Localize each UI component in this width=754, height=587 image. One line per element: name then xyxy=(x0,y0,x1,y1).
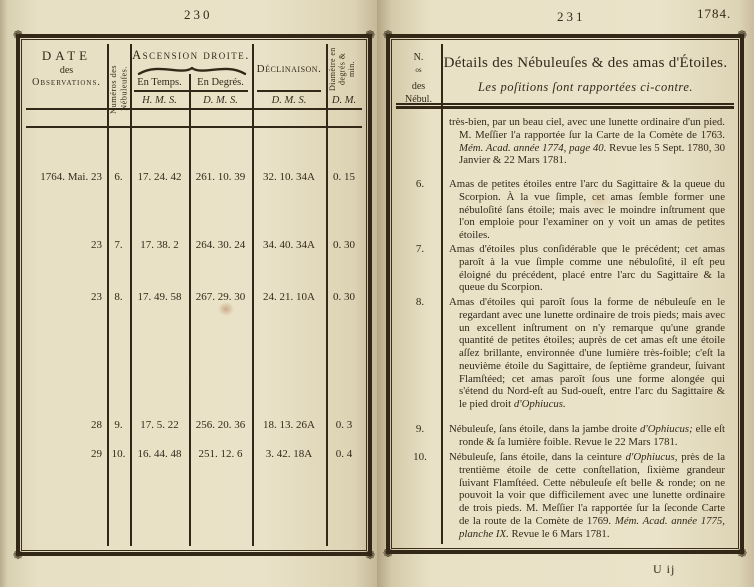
entry-text-italic: d'Ophiucus. xyxy=(514,398,566,410)
cell-degres: 264. 30. 24 xyxy=(189,239,252,251)
header-rule xyxy=(134,90,248,92)
cell-date: 23 xyxy=(26,291,102,303)
nebula-entry: 6.Amas de petites étoiles entre l'arc du… xyxy=(396,178,734,242)
entry-text-run: Revue le 6 Mars 1781. xyxy=(509,528,610,540)
cell-degres: 261. 10. 39 xyxy=(189,171,252,183)
entry-text-italic: d'Ophiucus; xyxy=(640,423,693,435)
subheader-temps: H. M. S. xyxy=(130,95,189,106)
left-table-body: DATE des Observations. Numéros des Nébul… xyxy=(26,44,362,546)
cell-declinaison: 24. 21. 10A xyxy=(252,291,326,303)
details-frame: ❁ ❁ ❁ ❁ N.os des Nébul. Détails des Nébu… xyxy=(386,34,744,554)
cell-temps: 17. 5. 22 xyxy=(130,419,189,431)
header-bottom-rule xyxy=(26,126,362,128)
entry-text-italic: d'Ophiucus xyxy=(626,451,675,463)
brace-icon xyxy=(136,64,248,76)
en-degres-header: En Degrés. xyxy=(189,77,252,88)
header-rule xyxy=(257,90,321,92)
nebul-numbers-column-header: N.os des Nébul. xyxy=(396,51,441,106)
corner-fleuron-icon: ❁ xyxy=(381,547,395,559)
cell-diametre: 0. 15 xyxy=(326,171,362,183)
entry-text-run: Nébuleuſe, ſans étoile, dans la jambe dr… xyxy=(449,423,640,435)
entry-text-run: Nébuleuſe, ſans étoile, dans la ceinture xyxy=(449,451,626,463)
entry-number: 10. xyxy=(404,451,436,463)
page-subtitle: Les poſitions ſont rapportées ci-contre. xyxy=(441,80,730,95)
corner-fleuron-icon: ❁ xyxy=(735,29,749,41)
cell-declinaison: 32. 10. 34A xyxy=(252,171,326,183)
nebula-entry: très-bien, par un beau ciel, avec une lu… xyxy=(396,116,734,167)
details-body: N.os des Nébul. Détails des Nébuleuſes &… xyxy=(396,44,734,544)
entry-number: 8. xyxy=(404,296,436,308)
ascension-droite-header: Ascension droite. xyxy=(130,48,252,63)
entry-text: Amas d'étoiles plus conſidérable que le … xyxy=(449,243,725,294)
diametre-column-header: Diamètre en degrés & min. xyxy=(328,46,350,92)
cell-num: 6. xyxy=(107,171,130,183)
subheader-declinaison: D. M. S. xyxy=(252,95,326,106)
date-column-header: DATE des Observations. xyxy=(26,44,107,88)
cell-temps: 17. 49. 58 xyxy=(130,291,189,303)
declinaison-header: Déclinaison. xyxy=(252,63,326,75)
nebula-entry: 10.Nébuleuſe, ſans étoile, dans la ceint… xyxy=(396,451,734,540)
right-page: 231 1784. ❁ ❁ ❁ ❁ N.os des Nébul. Détail… xyxy=(377,0,754,587)
entry-number: 9. xyxy=(404,423,436,435)
cell-declinaison: 18. 13. 26A xyxy=(252,419,326,431)
cell-diametre: 0. 4 xyxy=(326,448,362,460)
cell-diametre: 0. 30 xyxy=(326,239,362,251)
left-folio: 230 xyxy=(184,7,213,23)
corner-fleuron-icon: ❁ xyxy=(11,29,25,41)
column-rule xyxy=(189,74,191,546)
entry-text-run: Amas d'étoiles qui paroît ſous la forme … xyxy=(449,296,725,410)
corner-fleuron-icon: ❁ xyxy=(381,29,395,41)
cell-date: 23 xyxy=(26,239,102,251)
corner-fleuron-icon: ❁ xyxy=(735,547,749,559)
subheader-degres: D. M. S. xyxy=(189,95,252,106)
entry-number: 7. xyxy=(404,243,436,255)
entry-text-run: très-bien, par un beau ciel, avec une lu… xyxy=(449,116,725,141)
left-page: 230 ❁ ❁ ❁ ❁ DATE des Observations. Numér… xyxy=(0,0,377,587)
corner-fleuron-icon: ❁ xyxy=(11,549,25,561)
cell-num: 7. xyxy=(107,239,130,251)
cell-degres: 256. 20. 36 xyxy=(189,419,252,431)
cell-temps: 16. 44. 48 xyxy=(130,448,189,460)
subheader-diametre: D. M. xyxy=(326,95,362,106)
cell-num: 8. xyxy=(107,291,130,303)
page-title: Détails des Nébuleuſes & des amas d'Étoi… xyxy=(441,55,730,72)
nebula-entry: 8.Amas d'étoiles qui paroît ſous la form… xyxy=(396,296,734,411)
right-folio: 231 xyxy=(557,9,586,25)
entry-text: très-bien, par un beau ciel, avec une lu… xyxy=(449,116,725,167)
cell-declinaison: 34. 40. 34A xyxy=(252,239,326,251)
corner-fleuron-icon: ❁ xyxy=(363,549,377,561)
cell-temps: 17. 38. 2 xyxy=(130,239,189,251)
title-rule xyxy=(396,103,734,105)
entry-text-run: Amas de petites étoiles entre l'arc du S… xyxy=(449,178,725,241)
en-temps-header: En Temps. xyxy=(130,77,189,88)
entry-number: 6. xyxy=(404,178,436,190)
cell-diametre: 0. 30 xyxy=(326,291,362,303)
cell-date: 1764. Mai. 23 xyxy=(26,171,102,183)
cell-date: 28 xyxy=(26,419,102,431)
header-bottom-rule xyxy=(26,108,362,110)
title-rule-heavy xyxy=(396,106,734,109)
entry-text-run: Amas d'étoiles plus conſidérable que le … xyxy=(449,243,725,293)
numeros-column-header: Numéros des Nébuleuſes. xyxy=(108,46,130,132)
cell-diametre: 0. 3 xyxy=(326,419,362,431)
entry-text: Amas de petites étoiles entre l'arc du S… xyxy=(449,178,725,242)
year-label: 1784. xyxy=(697,6,731,22)
signature-mark: U ij xyxy=(653,562,675,577)
entry-text: Nébuleuſe, ſans étoile, dans la jambe dr… xyxy=(449,423,725,449)
nebula-entry: 7.Amas d'étoiles plus conſidérable que l… xyxy=(396,243,734,294)
left-table-frame: ❁ ❁ ❁ ❁ DATE des Observations. Numéros d… xyxy=(16,34,372,556)
cell-num: 10. xyxy=(107,448,130,460)
entry-text: Nébuleuſe, ſans étoile, dans la ceinture… xyxy=(449,451,725,540)
cell-num: 9. xyxy=(107,419,130,431)
corner-fleuron-icon: ❁ xyxy=(363,29,377,41)
entry-text: Amas d'étoiles qui paroît ſous la forme … xyxy=(449,296,725,411)
cell-date: 29 xyxy=(26,448,102,460)
nebula-entry: 9.Nébuleuſe, ſans étoile, dans la jambe … xyxy=(396,423,734,449)
cell-temps: 17. 24. 42 xyxy=(130,171,189,183)
cell-degres: 251. 12. 6 xyxy=(189,448,252,460)
entry-text-italic: Mém. Acad. année 1774, page 40. xyxy=(459,142,606,154)
cell-declinaison: 3. 42. 18A xyxy=(252,448,326,460)
cell-degres: 267. 29. 30 xyxy=(189,291,252,303)
